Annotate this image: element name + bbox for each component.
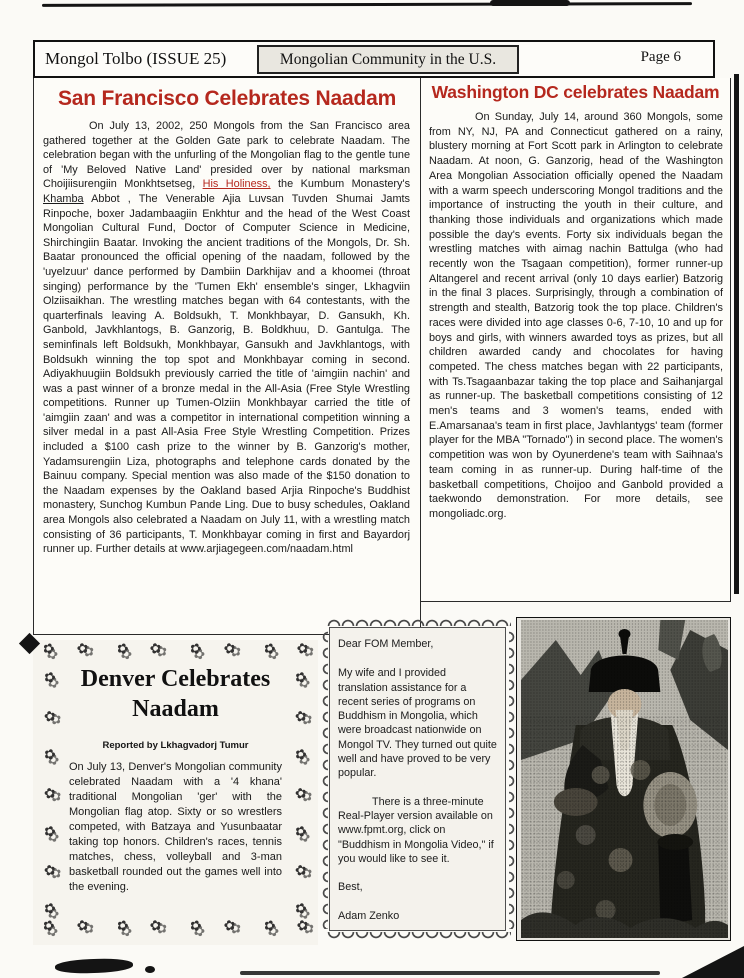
article-body-washington-dc: On Sunday, July 14, around 360 Mongols, …	[429, 110, 723, 522]
newsletter-title: Mongol Tolbo (ISSUE 25)	[45, 49, 226, 69]
article-title-san-francisco: San Francisco Celebrates Naadam	[34, 87, 420, 111]
stamp-ornament-icon: ✿	[184, 917, 203, 945]
stamp-ornament-icon: ✿	[296, 640, 313, 668]
stamp-ornament-icon: ✿	[111, 917, 130, 945]
letter-panel: Dear FOM Member, My wife and I provided …	[325, 617, 513, 941]
scan-artifact-bottom-right	[682, 946, 744, 978]
scan-artifact-bottom-dot	[145, 966, 155, 973]
letter-signature: Adam Zenko	[338, 909, 497, 923]
article-title-washington-dc: Washington DC celebrates Naadam	[421, 82, 730, 103]
stamp-ornament-icon: ✿	[293, 900, 308, 917]
sf-text-2: the Kumbum Monastery's	[271, 178, 410, 190]
stamp-ornament-icon: ✿	[43, 861, 57, 877]
perforation-bottom-icon	[327, 932, 511, 941]
portrait-illustration-icon	[521, 620, 728, 938]
stamp-ornament-icon: ✿	[294, 861, 308, 877]
stamp-ornament-icon: ✿	[43, 707, 57, 723]
scan-artifact-bottom-bar	[240, 971, 660, 975]
article-body-denver: On July 13, Denver's Mongolian community…	[69, 760, 282, 895]
letter-closing: Best,	[338, 880, 497, 894]
article-denver: ✿✿✿✿✿✿✿✿ ✿✿✿✿✿✿✿✿ ✿✿✿✿✿✿✿ ✿✿✿✿✿✿✿ Denver…	[33, 640, 318, 945]
stamp-ornament-icon: ✿	[149, 917, 166, 945]
stamp-ornament-icon: ✿	[42, 746, 57, 763]
letter-paragraph-1: My wife and I provided translation assis…	[338, 666, 497, 780]
article-title-denver: Denver Celebrates Naadam	[69, 664, 282, 724]
perforation-right-icon	[509, 629, 516, 929]
sf-khamba-underlined: Khamba	[43, 193, 84, 205]
page-number: Page 6	[641, 49, 681, 66]
sf-text-3: Abbot , The Venerable Ajia Luvsan Tuvden…	[43, 193, 410, 555]
section-banner: Mongolian Community in the U.S.	[257, 45, 519, 74]
portrait-image	[516, 617, 731, 941]
stamp-ornament-icon: ✿	[43, 784, 57, 800]
stamp-ornament-icon: ✿	[42, 823, 57, 840]
stamp-ornament-icon: ✿	[293, 746, 308, 763]
stamp-ornament-icon: ✿	[42, 669, 57, 686]
stamp-ornament-icon: ✿	[222, 917, 239, 945]
letter-body: Dear FOM Member, My wife and I provided …	[329, 627, 506, 931]
page-header: Mongol Tolbo (ISSUE 25) Mongolian Commun…	[33, 40, 715, 78]
scanned-newsletter-page: { "meta": { "accent_red": "#b5281e", "pa…	[0, 0, 744, 978]
stamp-ornament-icon: ✿	[75, 917, 92, 945]
stamp-ornament-icon: ✿	[258, 917, 277, 945]
article-byline-denver: Reported by Lkhagvadorj Tumur	[69, 740, 282, 751]
article-washington-dc: Washington DC celebrates Naadam On Sunda…	[421, 78, 731, 602]
article-body-san-francisco: On July 13, 2002, 250 Mongols from the S…	[43, 119, 410, 557]
stamp-ornament-icon: ✿	[37, 640, 56, 668]
scan-artifact-right-bar	[734, 74, 739, 594]
stamp-ornament-icon: ✿	[42, 900, 57, 917]
stamp-border-right: ✿✿✿✿✿✿✿	[286, 670, 316, 915]
stamp-ornament-icon: ✿	[296, 917, 313, 945]
stamp-ornament-icon: ✿	[294, 707, 308, 723]
letter-paragraph-2: There is a three-minute Real-Player vers…	[338, 795, 497, 866]
perforation-top-icon	[327, 617, 511, 626]
article-san-francisco: San Francisco Celebrates Naadam On July …	[33, 78, 421, 635]
stamp-ornament-icon: ✿	[293, 669, 308, 686]
stamp-border-bottom: ✿✿✿✿✿✿✿✿	[37, 918, 314, 944]
perforation-left-icon	[321, 629, 328, 929]
stamp-ornament-icon: ✿	[37, 917, 56, 945]
scan-artifact-top-blob	[490, 0, 570, 6]
sf-his-holiness-underlined: His Holiness,	[203, 178, 271, 190]
letter-salutation: Dear FOM Member,	[338, 637, 497, 651]
stamp-ornament-icon: ✿	[294, 784, 308, 800]
stamp-ornament-icon: ✿	[293, 823, 308, 840]
scan-artifact-bottom-left	[55, 958, 133, 975]
scan-artifact-top-line	[42, 2, 692, 7]
stamp-border-left: ✿✿✿✿✿✿✿	[35, 670, 65, 915]
